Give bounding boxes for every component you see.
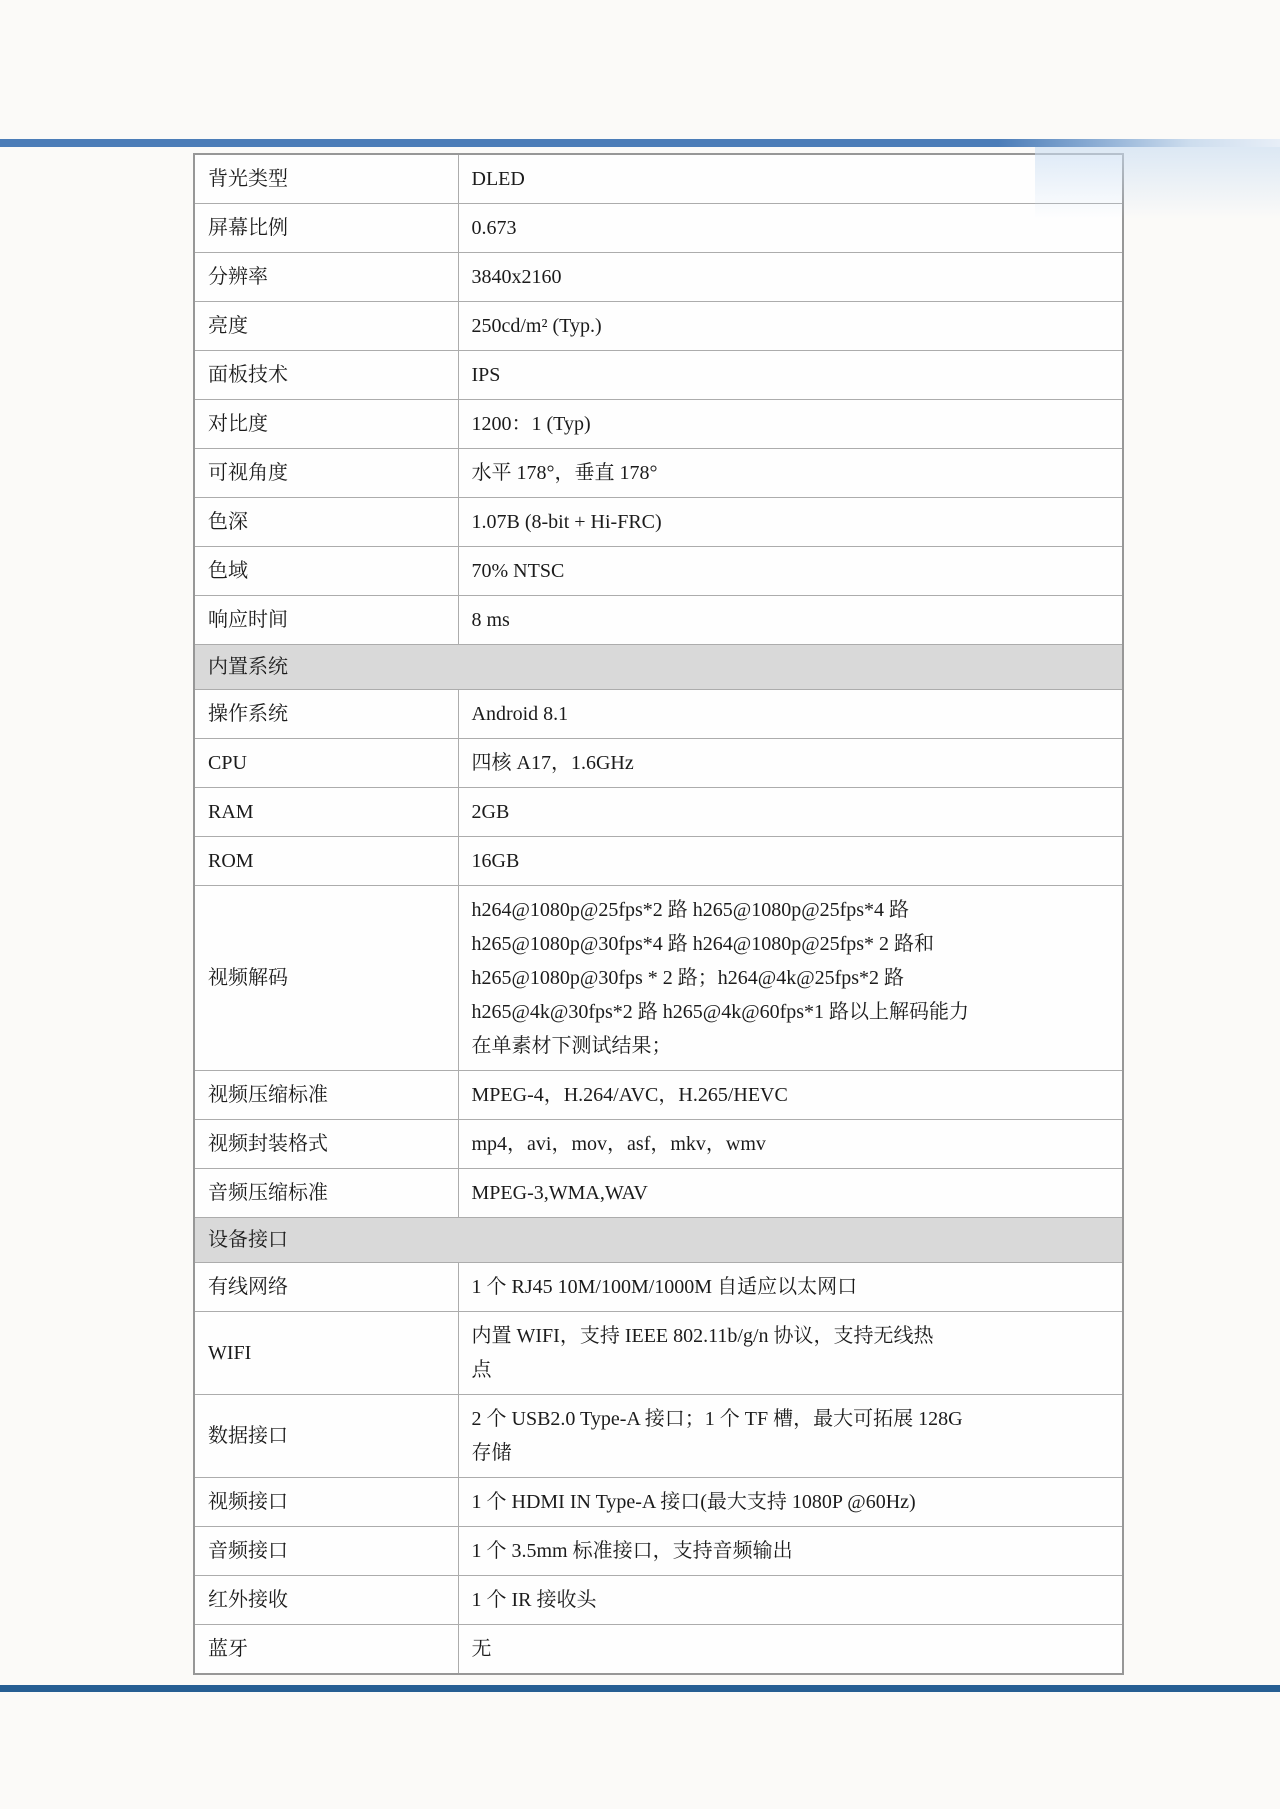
spec-label-cell: 屏幕比例 <box>194 204 458 253</box>
spec-table: 背光类型DLED屏幕比例0.673分辨率3840x2160亮度250cd/m² … <box>193 153 1124 1675</box>
spec-row: 操作系统Android 8.1 <box>194 690 1123 739</box>
spec-label-cell: WIFI <box>194 1312 458 1395</box>
spec-value-cell: 0.673 <box>458 204 1123 253</box>
spec-label-cell: 视频解码 <box>194 886 458 1071</box>
spec-value-cell: 3840x2160 <box>458 253 1123 302</box>
spec-label-cell: 数据接口 <box>194 1395 458 1478</box>
spec-label-cell: 面板技术 <box>194 351 458 400</box>
section-header-row: 设备接口 <box>194 1218 1123 1263</box>
spec-label-cell: RAM <box>194 788 458 837</box>
spec-row: 视频接口1 个 HDMI IN Type-A 接口(最大支持 1080P @60… <box>194 1478 1123 1527</box>
spec-label-cell: 操作系统 <box>194 690 458 739</box>
spec-label-cell: 色域 <box>194 547 458 596</box>
spec-row: 色域70% NTSC <box>194 547 1123 596</box>
spec-value-cell: 8 ms <box>458 596 1123 645</box>
spec-value-cell: DLED <box>458 154 1123 204</box>
spec-value-cell: 内置 WIFI，支持 IEEE 802.11b/g/n 协议，支持无线热 点 <box>458 1312 1123 1395</box>
spec-row: 视频解码h264@1080p@25fps*2 路 h265@1080p@25fp… <box>194 886 1123 1071</box>
spec-label-cell: 有线网络 <box>194 1263 458 1312</box>
spec-label-cell: 音频接口 <box>194 1527 458 1576</box>
spec-value-cell: 四核 A17，1.6GHz <box>458 739 1123 788</box>
spec-value-cell: 70% NTSC <box>458 547 1123 596</box>
spec-row: 红外接收1 个 IR 接收头 <box>194 1576 1123 1625</box>
spec-row: 蓝牙无 <box>194 1625 1123 1675</box>
spec-row: CPU四核 A17，1.6GHz <box>194 739 1123 788</box>
spec-label-cell: 响应时间 <box>194 596 458 645</box>
spec-value-cell: 水平 178°，垂直 178° <box>458 449 1123 498</box>
spec-value-cell: h264@1080p@25fps*2 路 h265@1080p@25fps*4 … <box>458 886 1123 1071</box>
spec-row: 分辨率3840x2160 <box>194 253 1123 302</box>
spec-label-cell: 视频压缩标准 <box>194 1071 458 1120</box>
spec-label-cell: 视频接口 <box>194 1478 458 1527</box>
spec-value-cell: 无 <box>458 1625 1123 1675</box>
spec-row: 背光类型DLED <box>194 154 1123 204</box>
spec-row: RAM2GB <box>194 788 1123 837</box>
spec-row: 屏幕比例0.673 <box>194 204 1123 253</box>
section-header-row: 内置系统 <box>194 645 1123 690</box>
spec-row: 可视角度水平 178°，垂直 178° <box>194 449 1123 498</box>
spec-row: 数据接口2 个 USB2.0 Type-A 接口；1 个 TF 槽，最大可拓展 … <box>194 1395 1123 1478</box>
spec-value-cell: 1.07B (8-bit + Hi-FRC) <box>458 498 1123 547</box>
spec-label-cell: 背光类型 <box>194 154 458 204</box>
spec-label-cell: 亮度 <box>194 302 458 351</box>
spec-label-cell: 蓝牙 <box>194 1625 458 1675</box>
spec-label-cell: 红外接收 <box>194 1576 458 1625</box>
spec-label-cell: 音频压缩标准 <box>194 1169 458 1218</box>
section-header-cell: 内置系统 <box>194 645 1123 690</box>
spec-value-cell: 1 个 3.5mm 标准接口，支持音频输出 <box>458 1527 1123 1576</box>
spec-row: 响应时间8 ms <box>194 596 1123 645</box>
spec-label-cell: CPU <box>194 739 458 788</box>
spec-row: ROM16GB <box>194 837 1123 886</box>
spec-label-cell: 对比度 <box>194 400 458 449</box>
spec-value-cell: 2 个 USB2.0 Type-A 接口；1 个 TF 槽，最大可拓展 128G… <box>458 1395 1123 1478</box>
spec-value-cell: 1 个 HDMI IN Type-A 接口(最大支持 1080P @60Hz) <box>458 1478 1123 1527</box>
spec-row: 面板技术IPS <box>194 351 1123 400</box>
spec-row: 色深1.07B (8-bit + Hi-FRC) <box>194 498 1123 547</box>
section-header-cell: 设备接口 <box>194 1218 1123 1263</box>
spec-row: 对比度1200：1 (Typ) <box>194 400 1123 449</box>
spec-value-cell: 16GB <box>458 837 1123 886</box>
spec-value-cell: 1 个 IR 接收头 <box>458 1576 1123 1625</box>
spec-label-cell: 视频封装格式 <box>194 1120 458 1169</box>
spec-row: 音频压缩标准MPEG-3,WMA,WAV <box>194 1169 1123 1218</box>
spec-value-cell: IPS <box>458 351 1123 400</box>
spec-row: WIFI内置 WIFI，支持 IEEE 802.11b/g/n 协议，支持无线热… <box>194 1312 1123 1395</box>
spec-label-cell: ROM <box>194 837 458 886</box>
spec-label-cell: 分辨率 <box>194 253 458 302</box>
document-page: 背光类型DLED屏幕比例0.673分辨率3840x2160亮度250cd/m² … <box>0 0 1280 1809</box>
spec-value-cell: 1200：1 (Typ) <box>458 400 1123 449</box>
spec-row: 有线网络1 个 RJ45 10M/100M/1000M 自适应以太网口 <box>194 1263 1123 1312</box>
spec-row: 亮度250cd/m² (Typ.) <box>194 302 1123 351</box>
spec-value-cell: 2GB <box>458 788 1123 837</box>
spec-label-cell: 色深 <box>194 498 458 547</box>
spec-table-body: 背光类型DLED屏幕比例0.673分辨率3840x2160亮度250cd/m² … <box>194 154 1123 1674</box>
spec-value-cell: MPEG-3,WMA,WAV <box>458 1169 1123 1218</box>
spec-value-cell: mp4，avi，mov，asf，mkv，wmv <box>458 1120 1123 1169</box>
top-divider-rule <box>0 139 1280 147</box>
spec-label-cell: 可视角度 <box>194 449 458 498</box>
spec-row: 视频封装格式mp4，avi，mov，asf，mkv，wmv <box>194 1120 1123 1169</box>
spec-value-cell: 250cd/m² (Typ.) <box>458 302 1123 351</box>
spec-value-cell: Android 8.1 <box>458 690 1123 739</box>
spec-value-cell: 1 个 RJ45 10M/100M/1000M 自适应以太网口 <box>458 1263 1123 1312</box>
spec-value-cell: MPEG-4，H.264/AVC，H.265/HEVC <box>458 1071 1123 1120</box>
spec-row: 音频接口1 个 3.5mm 标准接口，支持音频输出 <box>194 1527 1123 1576</box>
bottom-divider-rule <box>0 1685 1280 1692</box>
spec-row: 视频压缩标准MPEG-4，H.264/AVC，H.265/HEVC <box>194 1071 1123 1120</box>
